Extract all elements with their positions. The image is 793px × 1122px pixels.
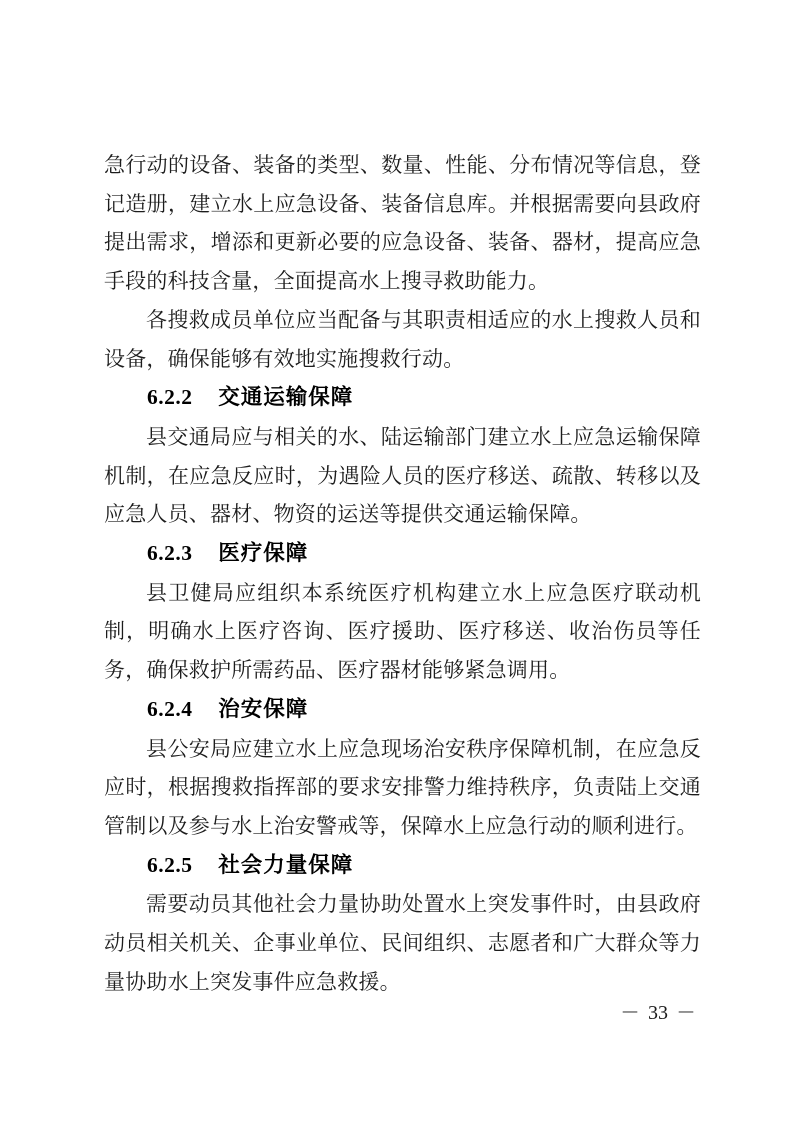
heading-title: 社会力量保障 [218,853,353,877]
footer-dash-right: — [678,1001,694,1020]
section-heading-6-2-4: 6.2.4 治安保障 [104,690,701,730]
page-number: 33 [648,1002,668,1024]
page-content: 急行动的设备、装备的类型、数量、性能、分布情况等信息，登记造册，建立水上应急设备… [104,146,701,1001]
footer-dash-left: — [622,1001,638,1020]
section-heading-6-2-3: 6.2.3 医疗保障 [104,534,701,574]
heading-number: 6.2.4 [147,697,193,721]
heading-title: 交通运输保障 [218,385,353,409]
paragraph: 需要动员其他社会力量协助处置水上突发事件时，由县政府动员相关机关、企事业单位、民… [104,885,701,1001]
paragraph: 县公安局应建立水上应急现场治安秩序保障机制，在应急反应时，根据搜救指挥部的要求安… [104,730,701,846]
heading-number: 6.2.5 [147,853,193,877]
heading-number: 6.2.2 [147,385,193,409]
section-heading-6-2-5: 6.2.5 社会力量保障 [104,846,701,886]
page-footer: —33— [622,1000,694,1026]
heading-number: 6.2.3 [147,541,193,565]
heading-title: 治安保障 [218,697,308,721]
section-heading-6-2-2: 6.2.2 交通运输保障 [104,378,701,418]
paragraph: 各搜救成员单位应当配备与其职责相适应的水上搜救人员和设备，确保能够有效地实施搜救… [104,301,701,378]
paragraph-continuation: 急行动的设备、装备的类型、数量、性能、分布情况等信息，登记造册，建立水上应急设备… [104,146,701,301]
document-page: 急行动的设备、装备的类型、数量、性能、分布情况等信息，登记造册，建立水上应急设备… [0,0,793,1122]
paragraph: 县交通局应与相关的水、陆运输部门建立水上应急运输保障机制，在应急反应时，为遇险人… [104,418,701,534]
heading-title: 医疗保障 [218,541,308,565]
paragraph: 县卫健局应组织本系统医疗机构建立水上应急医疗联动机制，明确水上医疗咨询、医疗援助… [104,574,701,690]
